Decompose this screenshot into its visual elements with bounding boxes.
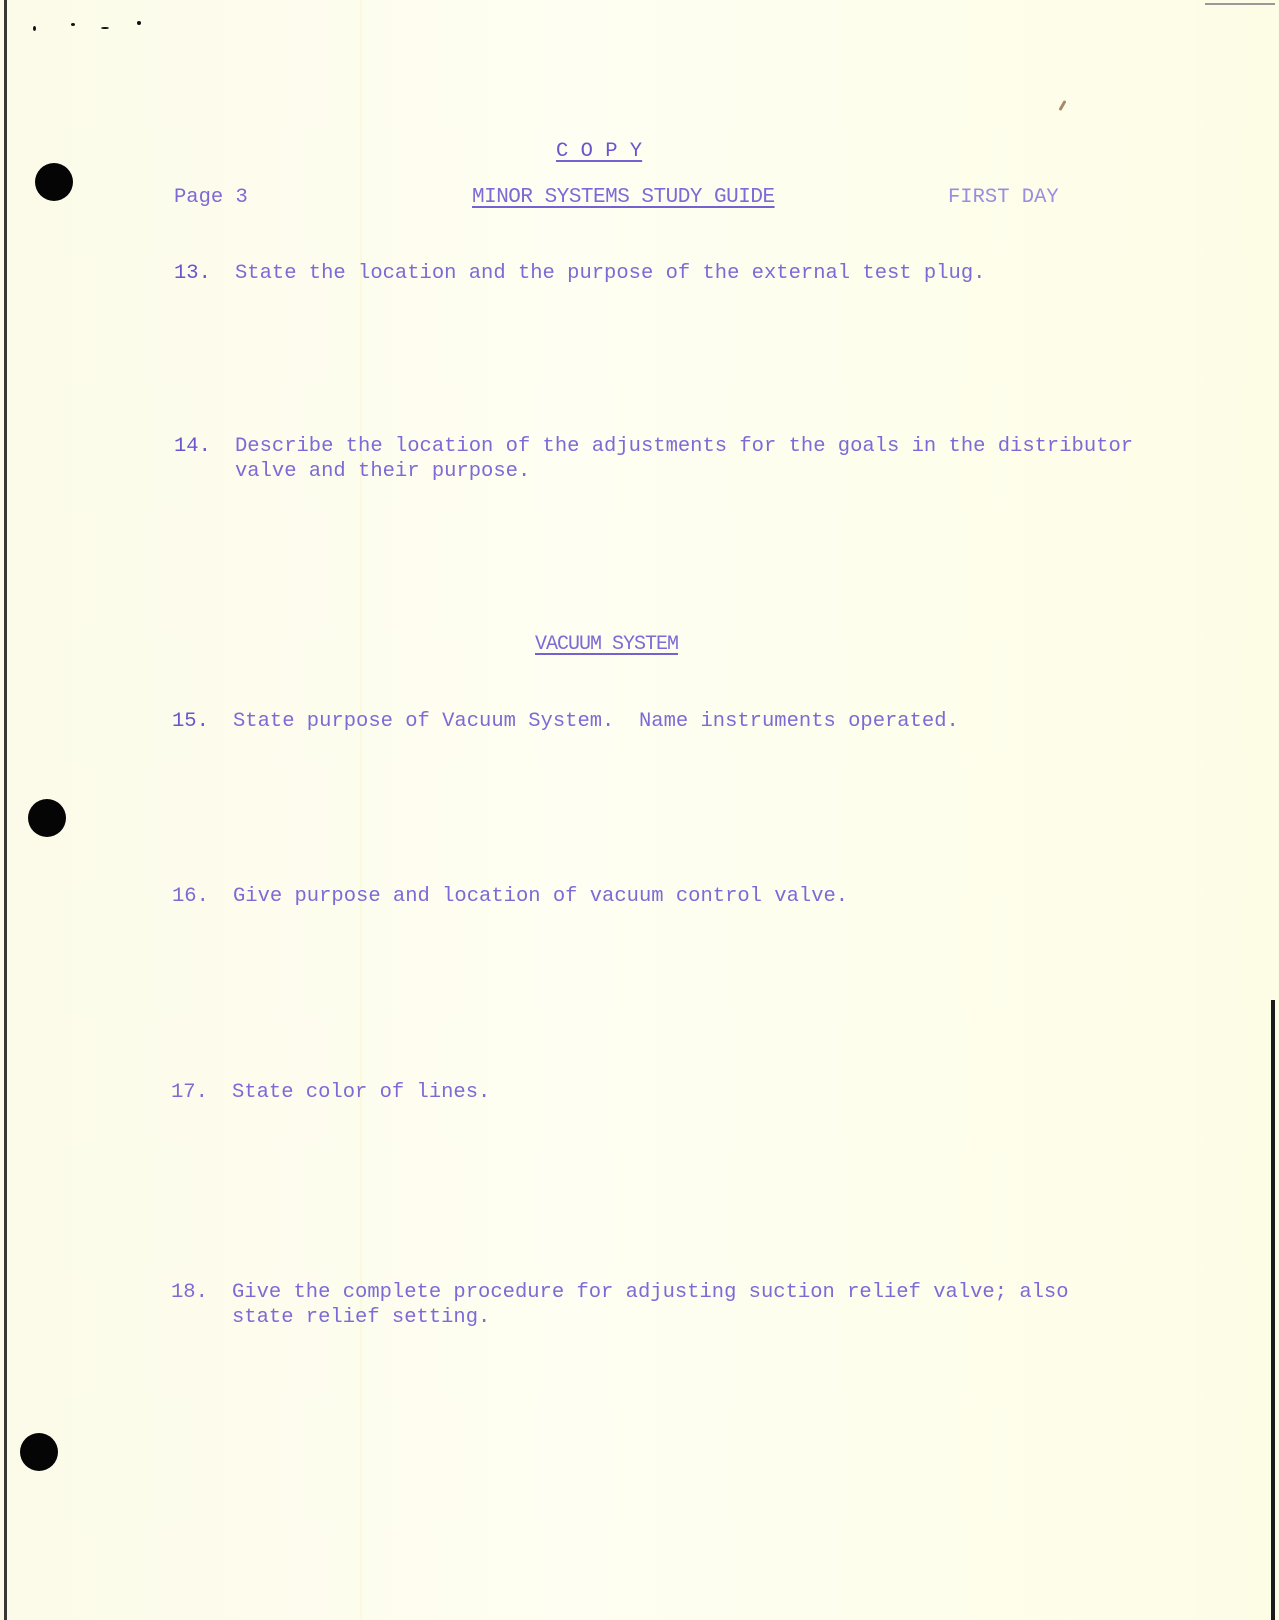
- question-text: State the location and the purpose of th…: [235, 261, 985, 286]
- question-text: Describe the location of the adjustments…: [235, 434, 1133, 459]
- punch-hole-bottom: [20, 1433, 58, 1471]
- punch-hole-middle: [28, 799, 66, 837]
- page-edge-left: [4, 0, 7, 1620]
- document-title: MINOR SYSTEMS STUDY GUIDE: [472, 185, 775, 210]
- question-text: State color of lines.: [232, 1080, 490, 1105]
- question-number: 14.: [174, 434, 211, 459]
- question-number: 13.: [174, 261, 211, 286]
- question-text: Give the complete procedure for adjustin…: [232, 1280, 1069, 1305]
- question-text-continued: valve and their purpose.: [235, 459, 530, 484]
- paper-page: [0, 0, 1279, 1620]
- page-edge-right: [1271, 1000, 1275, 1620]
- speck-mark: [137, 21, 141, 25]
- question-number: 18.: [171, 1280, 208, 1305]
- question-text: State purpose of Vacuum System. Name ins…: [233, 709, 959, 734]
- question-text: Give purpose and location of vacuum cont…: [233, 884, 848, 909]
- speck-mark: [101, 27, 109, 29]
- page-number-label: Page 3: [174, 185, 248, 210]
- speck-mark: [71, 23, 75, 26]
- speck-mark: [33, 26, 36, 31]
- punch-hole-top: [35, 163, 73, 201]
- paper-fold-line: [360, 0, 362, 1620]
- question-text-continued: state relief setting.: [232, 1305, 490, 1330]
- day-label: FIRST DAY: [948, 185, 1059, 210]
- section-heading-vacuum-system: VACUUM SYSTEM: [535, 632, 678, 657]
- question-number: 17.: [171, 1080, 208, 1105]
- page-edge-top: [1205, 3, 1275, 5]
- copy-stamp: C O P Y: [556, 139, 642, 164]
- question-number: 15.: [172, 709, 209, 734]
- question-number: 16.: [172, 884, 209, 909]
